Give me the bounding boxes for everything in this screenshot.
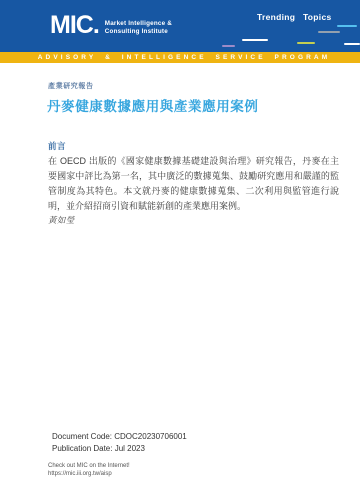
document-meta: Document Code: CDOC20230706001 Publicati… [52,431,187,454]
publication-date: Publication Date: Jul 2023 [52,443,187,455]
mic-logo-text: MIC. [50,13,99,38]
header-bar: MIC. Market Intelligence & Consulting In… [0,0,360,52]
dash-gray [318,31,340,33]
report-title: 丹麥健康數據應用與產業應用案例 [47,95,259,115]
trending-topics-link[interactable]: Trending Topics [257,12,332,22]
dash-white-left [242,39,268,41]
tagline-line1: Market Intelligence & [105,20,172,27]
mic-url-link[interactable]: https://mic.iii.org.tw/aisp [48,471,130,479]
report-category-label: 產業研究報告 [48,81,94,91]
program-banner-text: ADVISORY & INTELLIGENCE SERVICE PROGRAM [30,54,330,61]
dash-purple [222,45,235,47]
promo-text: Check out MIC on the Internet! [48,463,130,471]
dash-lightblue [337,25,357,27]
section-heading-foreword: 前言 [48,140,66,152]
mic-logo-tagline: Market Intelligence & Consulting Institu… [105,20,172,35]
report-abstract: 在 OECD 出版的《國家健康數據基礎建設與治理》研究報告，丹麥在主要國家中評比… [48,154,339,214]
dash-white-right [344,43,360,45]
document-code: Document Code: CDOC20230706001 [52,431,187,443]
footer-promo: Check out MIC on the Internet! https://m… [48,463,130,478]
report-page: MIC. Market Intelligence & Consulting In… [0,0,360,491]
tagline-line2: Consulting Institute [105,28,168,35]
mic-logo[interactable]: MIC. Market Intelligence & Consulting In… [50,13,172,38]
program-banner: ADVISORY & INTELLIGENCE SERVICE PROGRAM [0,52,360,63]
dash-green [297,42,315,44]
report-author: 黃如瑩 [48,214,75,226]
